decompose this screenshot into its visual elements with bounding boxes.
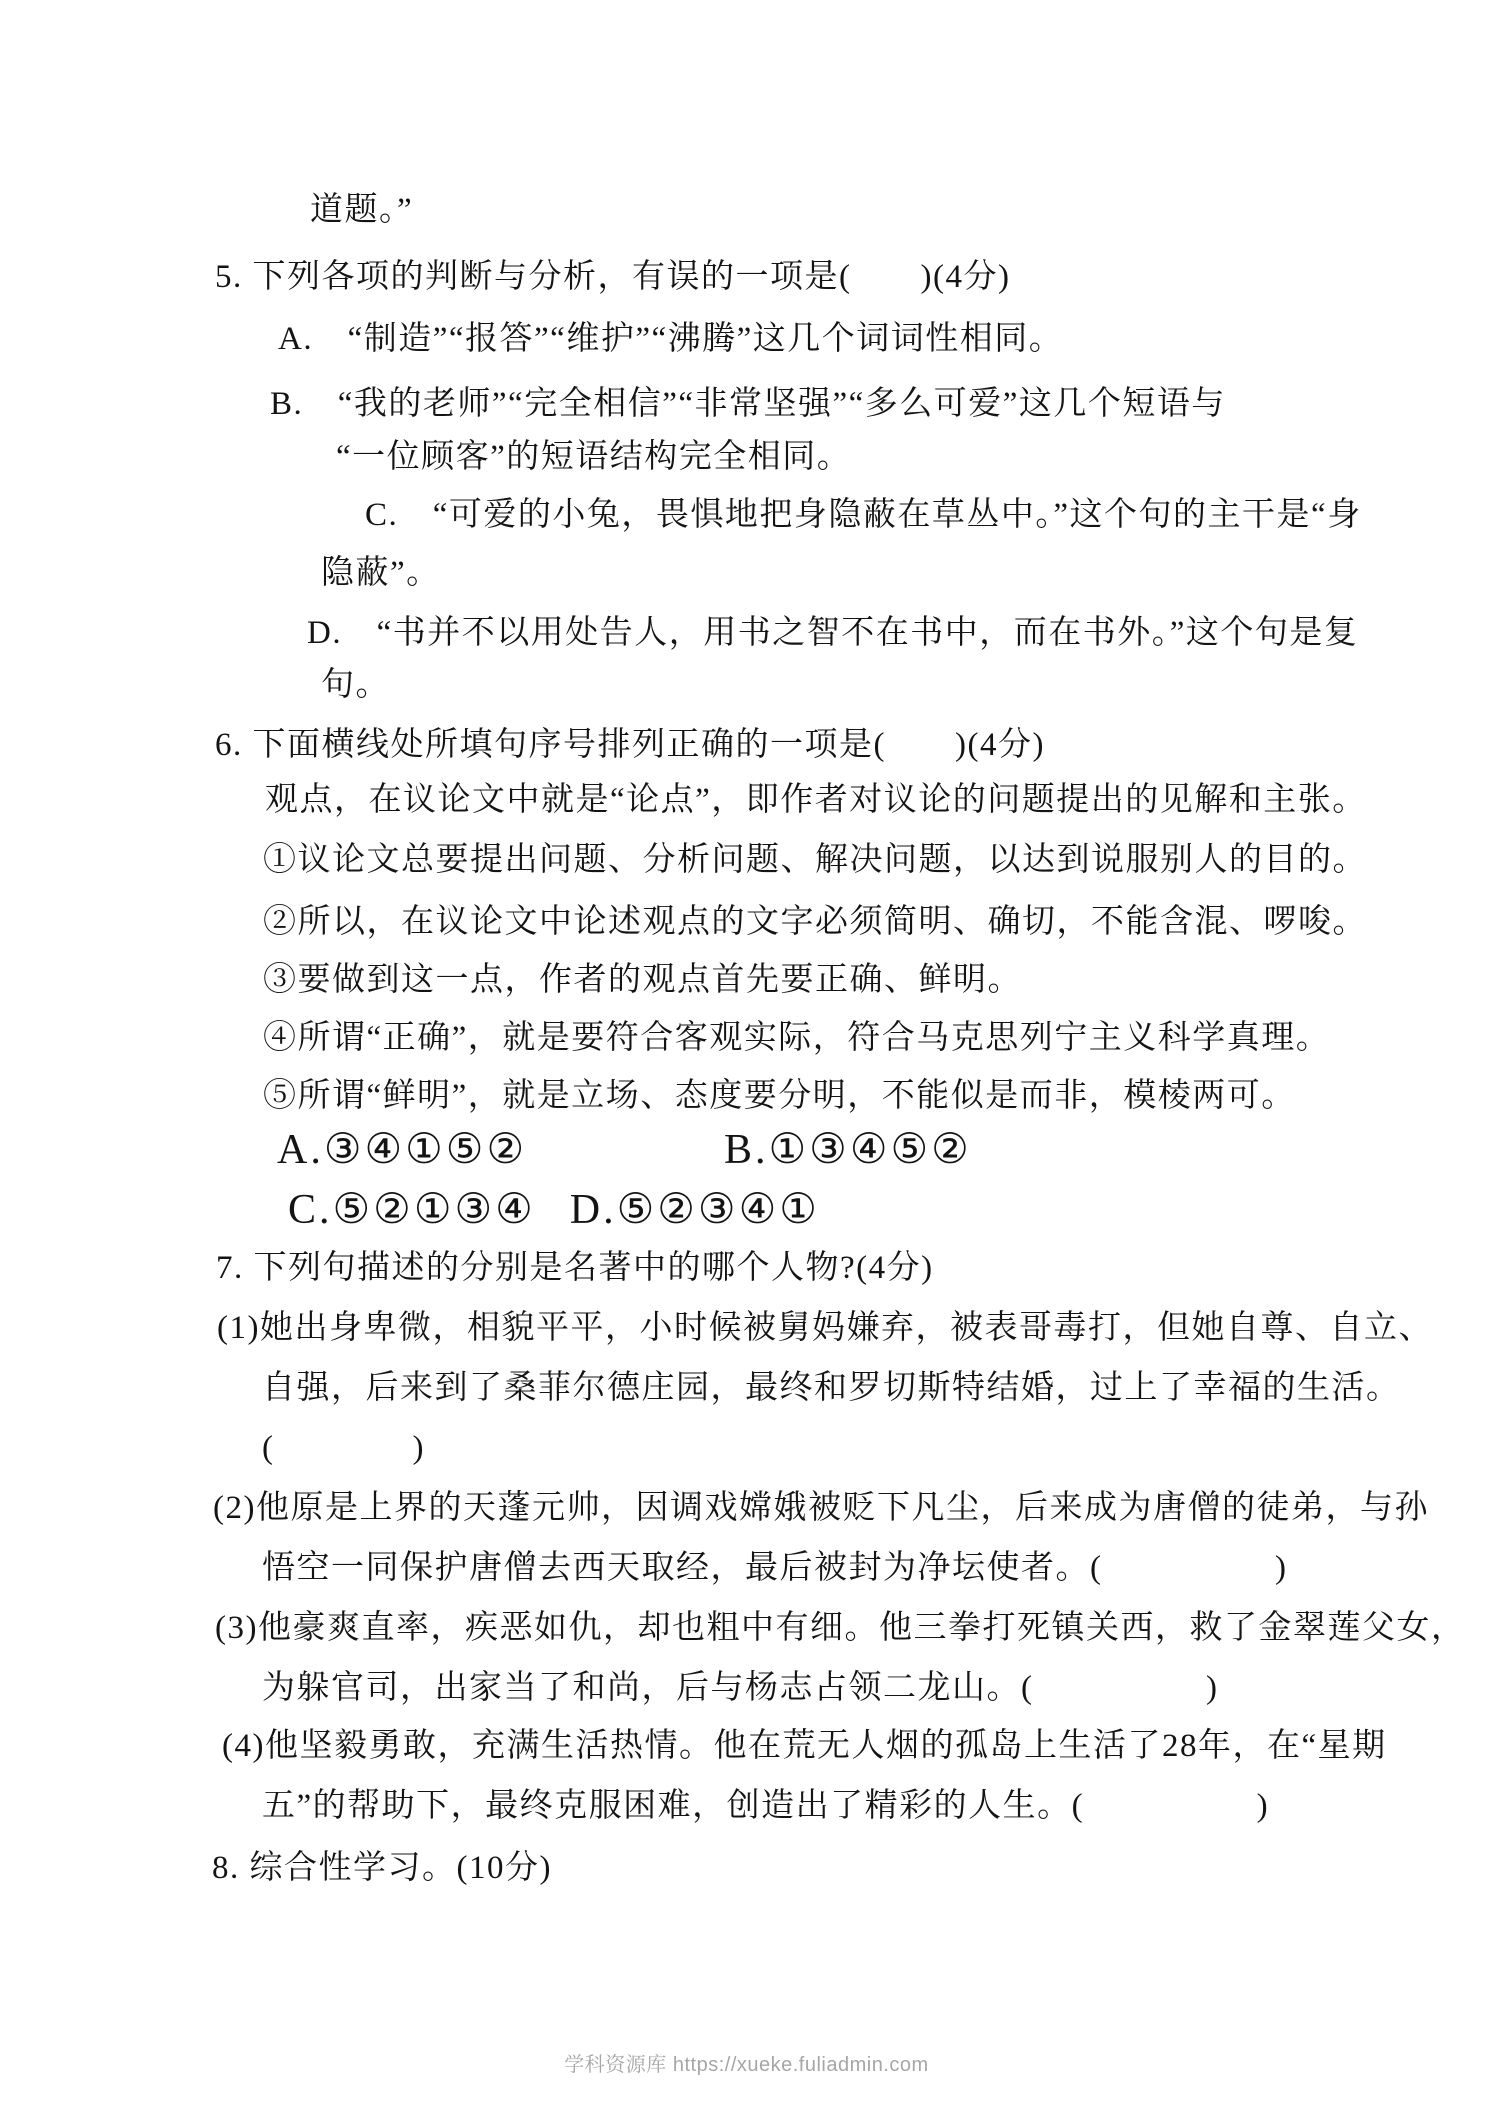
carryover-text: 道题。” [310, 190, 413, 231]
q7-item1-answer-blank: ( ) [262, 1428, 425, 1469]
q6-option-c: C.⑤②①③④ [288, 1187, 536, 1233]
q6-passage-intro: 观点，在议论文中就是“论点”，即作者对议论的问题提出的见解和主张。 [265, 780, 1367, 821]
q7-item2-line1: (2)他原是上界的天蓬元帅，因调戏嫦娥被贬下凡尘，后来成为唐僧的徒弟，与孙 [213, 1488, 1429, 1529]
q5-option-d-line2: 句。 [321, 665, 390, 706]
q5-option-b-line2: “一位顾客”的短语结构完全相同。 [336, 437, 851, 478]
q5-option-c-line2: 隐蔽”。 [321, 553, 441, 594]
q6-sentence-2: ②所以，在议论文中论述观点的文字必须简明、确切，不能含混、啰唆。 [263, 902, 1367, 943]
q7-item3-line1: (3)他豪爽直率，疾恶如仇，却也粗中有细。他三拳打死镇关西，救了金翠莲父女， [215, 1608, 1465, 1649]
q7-stem: 7. 下列句描述的分别是名著中的哪个人物?(4分) [216, 1248, 934, 1289]
q7-item4-line1: (4)他坚毅勇敢，充满生活热情。他在荒无人烟的孤岛上生活了28年，在“星期 [222, 1726, 1387, 1767]
q8-stem: 8. 综合性学习。(10分) [212, 1848, 552, 1889]
q7-item3-line2: 为躲官司，出家当了和尚，后与杨志占领二龙山。( ) [262, 1668, 1218, 1709]
footer-watermark: 学科资源库 https://xueke.fuliadmin.com [0, 2048, 1493, 2077]
q6-sentence-4: ④所谓“正确”，就是要符合客观实际，符合马克思列宁主义科学真理。 [263, 1018, 1330, 1059]
q6-option-d: D.⑤②③④① [570, 1187, 820, 1233]
q7-item2-line2: 悟空一同保护唐僧去西天取经，最后被封为净坛使者。( ) [262, 1548, 1287, 1589]
q7-item1-line2: 自强，后来到了桑菲尔德庄园，最终和罗切斯特结婚，过上了幸福的生活。 [262, 1368, 1401, 1409]
q7-item1-line1: (1)她出身卑微，相貌平平，小时候被舅妈嫌弃，被表哥毒打，但她自尊、自立、 [217, 1308, 1433, 1349]
q6-sentence-1: ①议论文总要提出问题、分析问题、解决问题，以达到说服别人的目的。 [263, 840, 1367, 881]
q6-sentence-5: ⑤所谓“鲜明”，就是立场、态度要分明，不能似是而非，模棱两可。 [263, 1076, 1296, 1117]
q5-option-b-line1: B. “我的老师”“完全相信”“非常坚强”“多么可爱”这几个短语与 [270, 384, 1226, 425]
q5-option-d-line1: D. “书并不以用处告人，用书之智不在书中，而在书外。”这个句是复 [307, 613, 1358, 654]
q6-sentence-3: ③要做到这一点，作者的观点首先要正确、鲜明。 [263, 960, 1022, 1001]
exam-page: 道题。” 5. 下列各项的判断与分析，有误的一项是( )(4分) A. “制造”… [0, 0, 1493, 2112]
q5-option-a: A. “制造”“报答”“维护”“沸腾”这几个词词性相同。 [278, 319, 1063, 360]
q5-option-c-line1: C. “可爱的小兔，畏惧地把身隐蔽在草丛中。”这个句的主干是“身 [365, 495, 1362, 536]
q6-option-a: A.③④①⑤② [277, 1127, 527, 1173]
q7-item4-line2: 五”的帮助下，最终克服困难，创造出了精彩的人生。( ) [262, 1786, 1269, 1827]
q5-stem: 5. 下列各项的判断与分析，有误的一项是( )(4分) [215, 257, 1010, 298]
q6-stem: 6. 下面横线处所填句序号排列正确的一项是( )(4分) [215, 725, 1045, 766]
q6-options-row-2: C.⑤②①③④ D.⑤②③④① [288, 1187, 820, 1233]
q6-option-b: B.①③④⑤② [724, 1127, 972, 1173]
